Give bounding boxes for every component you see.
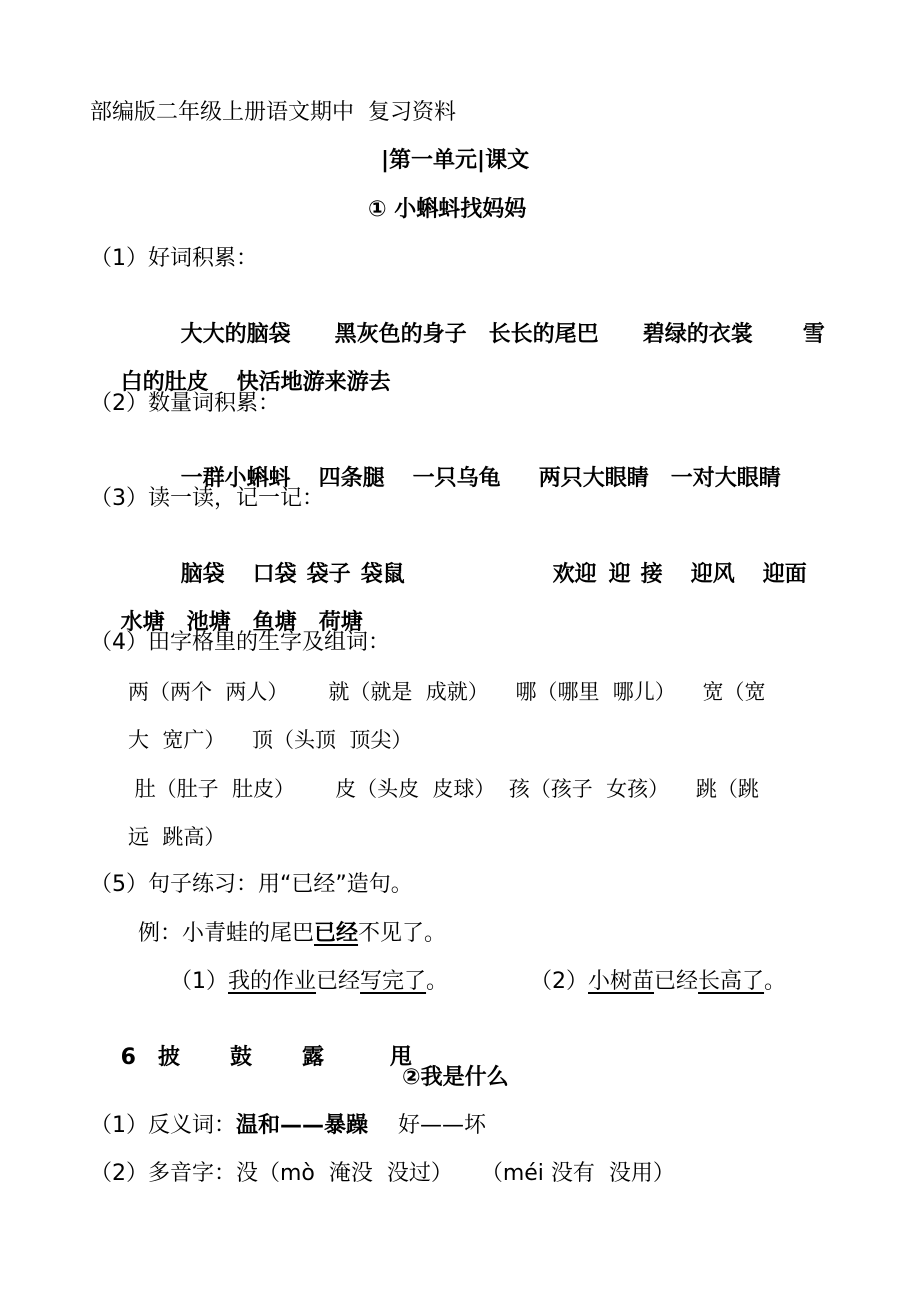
answer-underlined: 长高了 — [698, 969, 764, 994]
word: 迎 — [609, 562, 631, 587]
word: 一对大眼睛 — [671, 466, 781, 491]
unit-heading: |第一单元|课文 — [381, 147, 529, 175]
answer-number: （1） — [170, 969, 228, 994]
antonym-pair: 温和——暴躁 — [236, 1113, 368, 1138]
answer-text: 。 — [764, 969, 786, 994]
answer-text: 。 — [426, 969, 448, 994]
answer-underlined: 我的作业 — [228, 969, 316, 994]
section-read-remember-label: （3）读一读，记一记： — [90, 485, 324, 513]
word: 一只乌龟 — [413, 466, 501, 491]
word: 欢迎 — [553, 562, 597, 587]
lesson-2-title: ②我是什么 — [402, 1064, 509, 1092]
section-good-words-label: （1）好词积累： — [90, 245, 258, 273]
example-prefix: 例：小青蛙的尾巴 — [138, 921, 314, 946]
example-sentence: 例：小青蛙的尾巴已经不见了。 — [138, 920, 446, 948]
answer-sentence-1: （1）我的作业已经写完了。 — [170, 968, 448, 996]
new-characters-line-1: 两（两个 两人） 就（就是 成就） 哪（哪里 哪儿） 宽（宽 — [128, 678, 766, 706]
word: 迎风 — [691, 562, 735, 587]
antonym-pair: 好——坏 — [398, 1113, 486, 1138]
example-underlined: 已经 — [314, 921, 358, 946]
section-new-characters-label: （4）田字格里的生字及组词： — [90, 629, 390, 657]
answer-underlined: 写完了 — [360, 969, 426, 994]
polyphone-text: 没（mò 淹没 没过） （méi 没有 没用） — [236, 1161, 675, 1186]
document-title: 部编版二年级上册语文期中 复习资料 — [90, 99, 456, 127]
extra-characters-line: 6披鼓露甩 — [90, 1016, 412, 1100]
char: 鼓 — [230, 1045, 252, 1070]
word: 接 — [641, 562, 663, 587]
antonyms-line: （1）反义词：温和——暴躁好——坏 — [90, 1112, 486, 1140]
new-characters-line-2: 大 宽广） 顶（头顶 顶尖） — [128, 726, 412, 754]
word: 两只大眼睛 — [539, 466, 649, 491]
word: 迎面 — [763, 562, 807, 587]
char: 露 — [302, 1045, 324, 1070]
char: 披 — [158, 1045, 180, 1070]
answer-underlined: 小树苗 — [588, 969, 654, 994]
word: 碧绿的衣裳 — [643, 322, 753, 347]
section-measure-words-label: （2）数量词积累： — [90, 390, 280, 418]
answer-text: 已经 — [316, 969, 360, 994]
read-remember-line-1b: 欢迎迎接迎风迎面 — [522, 533, 807, 617]
antonyms-label: （1）反义词： — [90, 1113, 236, 1138]
polyphone-label: （2）多音字： — [90, 1161, 236, 1186]
answer-sentence-2: （2）小树苗已经长高了。 — [530, 968, 786, 996]
word: 四条腿 — [319, 466, 385, 491]
word: 袋鼠 — [361, 562, 405, 587]
new-characters-line-4: 远 跳高） — [128, 823, 225, 851]
word: 长长的尾巴 — [489, 322, 599, 347]
section-sentence-practice-label: （5）句子练习：用“已经”造句。 — [90, 871, 413, 899]
answer-text: 已经 — [654, 969, 698, 994]
word: 雪 — [803, 322, 825, 347]
polyphone-line: （2）多音字：没（mò 淹没 没过） （méi 没有 没用） — [90, 1160, 675, 1188]
lesson-1-title: ① 小蝌蚪找妈妈 — [368, 196, 526, 224]
example-suffix: 不见了。 — [358, 921, 446, 946]
char: 6 — [121, 1045, 136, 1070]
answer-number: （2） — [530, 969, 588, 994]
new-characters-line-3: 肚（肚子 肚皮） 皮（头皮 皮球） 孩（孩子 女孩） 跳（跳 — [128, 775, 759, 803]
